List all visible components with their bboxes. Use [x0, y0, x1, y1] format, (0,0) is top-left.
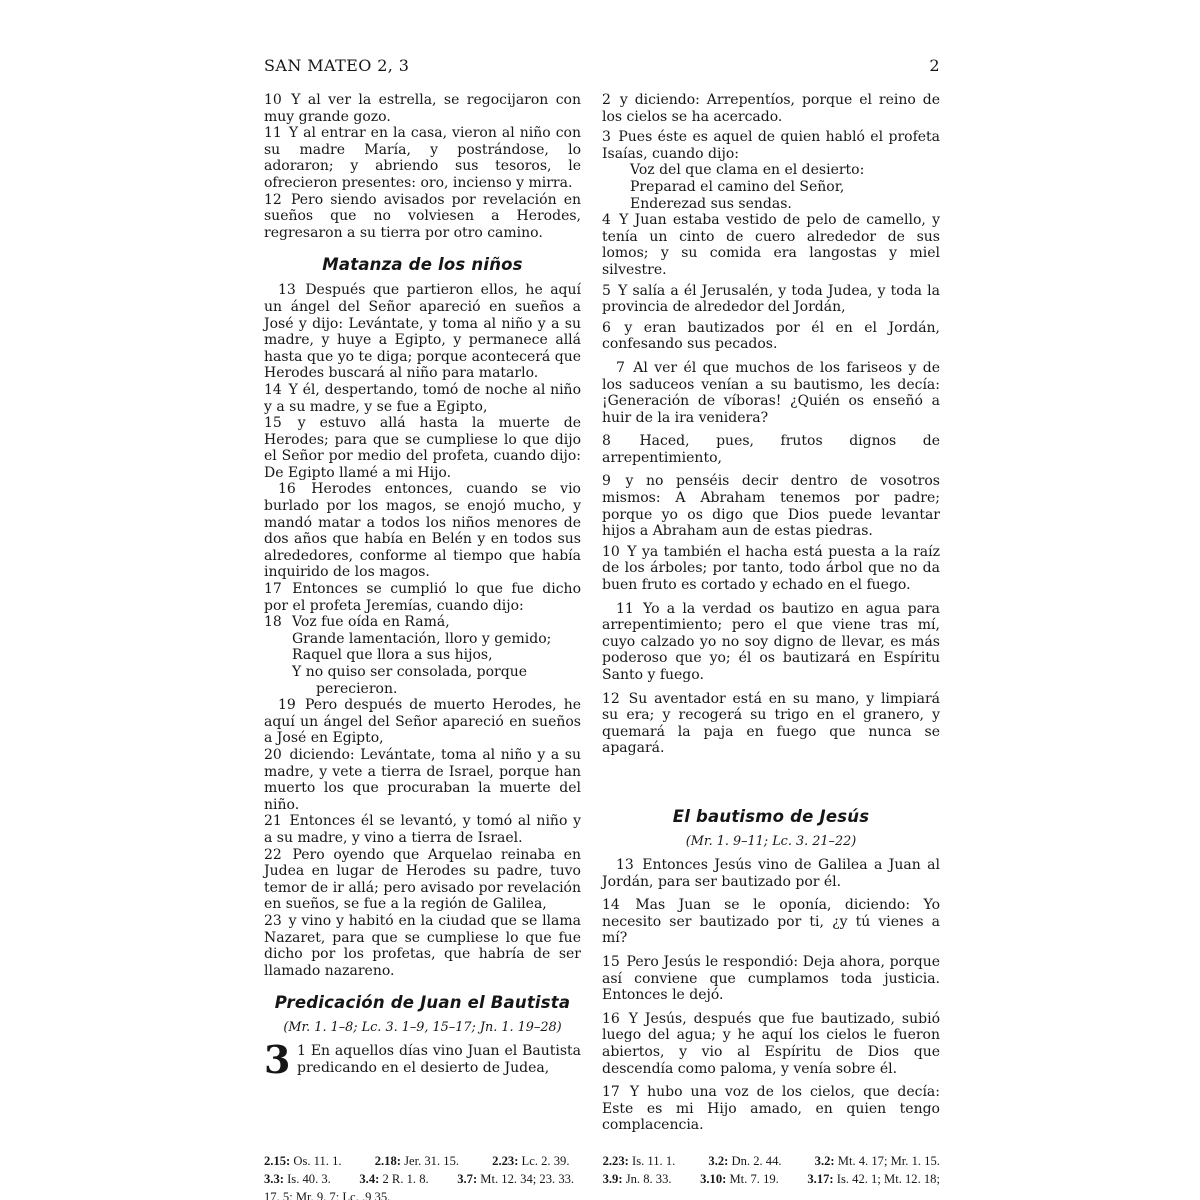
footnote-text: Os. 11. 1.	[293, 1154, 341, 1168]
footnote-reference: 3.2:	[815, 1154, 835, 1168]
verse-number: 15	[264, 415, 284, 431]
footnote-line: 3.3: Is. 40. 3.3.4: 2 R. 1. 8.3.7: Mt. 1…	[264, 1170, 940, 1188]
verse-number: 17	[602, 1084, 622, 1100]
verse-number: 14	[602, 897, 622, 913]
section-reference: (Mr. 1. 9–11; Lc. 3. 21–22)	[602, 834, 940, 849]
poetry-line: Preparad el camino del Señor,	[602, 179, 940, 196]
verse-text: Herodes entonces, cuando se vio burlado …	[264, 481, 581, 580]
verse-number: 6	[602, 320, 613, 336]
footnote-reference: 3.4:	[359, 1172, 379, 1186]
verse-paragraph: 6 y eran bautizados por él en el Jordán,…	[602, 320, 940, 353]
verse-text: Y hubo una voz de los cielos, que decía:…	[602, 1084, 940, 1133]
verse-text: Y salía a él Jerusalén, y toda Judea, y …	[602, 283, 940, 316]
verse-paragraph: 22 Pero oyendo que Arquelao reinaba en J…	[264, 847, 581, 913]
verse-paragraph: 20 diciendo: Levántate, toma al niño y a…	[264, 747, 581, 813]
verse-paragraph: 4 Y Juan estaba vestido de pelo de camel…	[602, 212, 940, 278]
verse-paragraph: 11 Yo a la verdad os bautizo en agua par…	[602, 601, 940, 684]
verse-paragraph: 7 Al ver él que muchos de los fariseos y…	[602, 360, 940, 426]
verse-paragraph: 10 Y al ver la estrella, se regocijaron …	[264, 92, 581, 125]
poetry-line-text: perecieron.	[316, 681, 397, 697]
poetry-line: Raquel que llora a sus hijos,	[264, 647, 581, 664]
verse-paragraph: 14 Mas Juan se le oponía, diciendo: Yo n…	[602, 897, 940, 947]
verse-paragraph: 10 Y ya también el hacha está puesta a l…	[602, 544, 940, 594]
poetry-line-text: Y no quiso ser consolada, porque	[292, 664, 527, 680]
verse-paragraph: 15 Pero Jesús le respondió: Deja ahora, …	[602, 954, 940, 1004]
verse-text: y eran bautizados por él en el Jordán, c…	[602, 320, 940, 353]
right-column: 2 y diciendo: Arrepentíos, porque el rei…	[602, 92, 940, 1134]
verse-text: Y al ver la estrella, se regocijaron con…	[264, 92, 581, 125]
verse-number: 9	[602, 473, 613, 489]
footnote-text: Mt. 7. 19.	[729, 1172, 778, 1186]
footnote-line: 2.15: Os. 11. 1.2.18: Jer. 31. 15.2.23: …	[264, 1152, 940, 1170]
verse-paragraph: 11 Y al entrar en la casa, vieron al niñ…	[264, 125, 581, 191]
poetry-line-text: Raquel que llora a sus hijos,	[292, 647, 493, 663]
section-reference: (Mr. 1. 1–8; Lc. 3. 1–9, 15–17; Jn. 1. 1…	[264, 1020, 581, 1035]
verse-text: Entonces se cumplió lo que fue dicho por…	[264, 581, 581, 614]
verse-text: Pero oyendo que Arquelao reinaba en Jude…	[264, 847, 581, 913]
verse-number: 10	[602, 544, 622, 560]
footnote-entry: 3.9: Jn. 8. 33.	[603, 1170, 672, 1188]
footnote-entry: 2.15: Os. 11. 1.	[264, 1152, 342, 1170]
verse-number: 2	[602, 92, 613, 108]
verse-paragraph: 15 y estuvo allá hasta la muerte de Hero…	[264, 415, 581, 481]
verse-number: 13	[278, 282, 298, 298]
footnote-text: Is. 42. 1; Mt. 12. 18;	[837, 1172, 940, 1186]
section-heading: Predicación de Juan el Bautista	[264, 993, 581, 1013]
section-heading: El bautismo de Jesús	[602, 807, 940, 827]
footnote-text: Mt. 12. 34; 23. 33.	[480, 1172, 574, 1186]
verse-number: 20	[264, 747, 284, 763]
verse-text: Mas Juan se le oponía, diciendo: Yo nece…	[602, 897, 940, 946]
poetry-line: perecieron.	[264, 681, 581, 698]
footnote-reference: 2.23:	[603, 1154, 629, 1168]
footnotes: 2.15: Os. 11. 1.2.18: Jer. 31. 15.2.23: …	[264, 1152, 940, 1200]
footnote-text: Is. 40. 3.	[287, 1172, 331, 1186]
footnote-entry: 2.23: Lc. 2. 39.	[492, 1152, 569, 1170]
footnote-entry: 3.10: Mt. 7. 19.	[700, 1170, 779, 1188]
bible-page: SAN MATEO 2, 3 2 10 Y al ver la estrella…	[0, 0, 1200, 1200]
verse-number: 23	[264, 913, 284, 929]
verse-paragraph: 17 Y hubo una voz de los cielos, que dec…	[602, 1084, 940, 1134]
verse-text: Entonces él se levantó, y tomó al niño y…	[264, 813, 581, 846]
footnote-entry: 3.2: Dn. 2. 44.	[708, 1152, 781, 1170]
verse-paragraph: 12 Pero siendo avisados por revelación e…	[264, 192, 581, 242]
poetry-block: Voz del que clama en el desierto:Prepara…	[602, 162, 940, 212]
verse-text: Entonces Jesús vino de Galilea a Juan al…	[602, 857, 940, 890]
poetry-line-text: Voz fue oída en Ramá,	[292, 614, 450, 630]
verse-number: 16	[602, 1011, 622, 1027]
footnote-entry: 3.17: Is. 42. 1; Mt. 12. 18;	[807, 1170, 940, 1188]
poetry-line-text: Voz del que clama en el desierto:	[630, 162, 864, 178]
footnote-reference: 2.18:	[375, 1154, 401, 1168]
footnote-entry: 17. 5; Mr. 9. 7; Lc. .9 35.	[264, 1190, 390, 1200]
verse-text: Haced, pues, frutos dignos de arrepentim…	[602, 433, 940, 466]
footnote-text: 2 R. 1. 8.	[382, 1172, 428, 1186]
footnote-entry: 2.18: Jer. 31. 15.	[375, 1152, 459, 1170]
verse-text: Pero Jesús le respondió: Deja ahora, por…	[602, 954, 940, 1003]
verse-paragraph: 8 Haced, pues, frutos dignos de arrepent…	[602, 433, 940, 466]
poetry-line-text: Preparad el camino del Señor,	[630, 179, 844, 195]
left-column: 10 Y al ver la estrella, se regocijaron …	[264, 92, 581, 1134]
verse-text: Yo a la verdad os bautizo en agua para a…	[602, 601, 940, 683]
verse-paragraph: 12 Su aventador está en su mano, y limpi…	[602, 691, 940, 757]
verse-number: 10	[264, 92, 284, 108]
verse-text: y no penséis decir dentro de vosotros mi…	[602, 473, 940, 539]
verse-text: y estuvo allá hasta la muerte de Herodes…	[264, 415, 581, 481]
verse-paragraph: 19 Pero después de muerto Herodes, he aq…	[264, 697, 581, 747]
poetry-line: Enderezad sus sendas.	[602, 196, 940, 213]
poetry-line-text: Grande lamentación, lloro y gemido;	[292, 631, 551, 647]
verse-text: Pero después de muerto Herodes, he aquí …	[264, 697, 581, 746]
footnote-entry: 3.3: Is. 40. 3.	[264, 1170, 331, 1188]
verse-number: 11	[616, 601, 636, 617]
page-number: 2	[929, 56, 940, 76]
verse-number: 14	[264, 382, 284, 398]
verse-paragraph: 17 Entonces se cumplió lo que fue dicho …	[264, 581, 581, 614]
footnote-reference: 2.15:	[264, 1154, 290, 1168]
page-header: SAN MATEO 2, 3 2	[264, 56, 940, 76]
footnote-text: Dn. 2. 44.	[732, 1154, 782, 1168]
footnote-reference: 3.17:	[807, 1172, 833, 1186]
verse-text: En aquellos días vino Juan el Bautista p…	[297, 1043, 581, 1076]
footnote-line: 17. 5; Mr. 9. 7; Lc. .9 35.	[264, 1188, 940, 1200]
poetry-line: 18Voz fue oída en Ramá,	[264, 614, 581, 631]
verse-paragraph: 16 Y Jesús, después que fue bautizado, s…	[602, 1011, 940, 1077]
verse-text: Al ver él que muchos de los fariseos y d…	[602, 360, 940, 426]
footnote-reference: 3.3:	[264, 1172, 284, 1186]
footnote-entry: 3.7: Mt. 12. 34; 23. 33.	[457, 1170, 574, 1188]
verse-text: Pero siendo avisados por revelación en s…	[264, 192, 581, 241]
verse-text: Y Juan estaba vestido de pelo de camello…	[602, 212, 940, 278]
verse-number: 19	[278, 697, 298, 713]
verse-paragraph: 14 Y él, despertando, tomó de noche al n…	[264, 382, 581, 415]
verse-text: y vino y habitó en la ciudad que se llam…	[264, 913, 581, 979]
verse-number: 12	[602, 691, 622, 707]
footnote-reference: 3.2:	[708, 1154, 728, 1168]
poetry-line-text: Enderezad sus sendas.	[630, 196, 792, 212]
footnote-text: Mt. 4. 17; Mr. 1. 15.	[838, 1154, 940, 1168]
verse-number: 11	[264, 125, 284, 141]
verse-paragraph: 13 Entonces Jesús vino de Galilea a Juan…	[602, 857, 940, 890]
chapter-number-drop-cap: 3	[264, 1045, 292, 1075]
verse-text: Su aventador está en su mano, y limpiará…	[602, 691, 940, 757]
running-head: SAN MATEO 2, 3	[264, 56, 409, 76]
footnote-text: 17. 5; Mr. 9. 7; Lc. .9 35.	[264, 1190, 390, 1200]
verse-number: 18	[264, 614, 282, 631]
verse-text: diciendo: Levántate, toma al niño y a su…	[264, 747, 581, 813]
verse-number: 17	[264, 581, 284, 597]
verse-text: Y Jesús, después que fue bautizado, subi…	[602, 1011, 940, 1077]
verse-paragraph: 9 y no penséis decir dentro de vosotros …	[602, 473, 940, 539]
verse-paragraph: 5 Y salía a él Jerusalén, y toda Judea, …	[602, 283, 940, 316]
verse-paragraph: 2 y diciendo: Arrepentíos, porque el rei…	[602, 92, 940, 125]
footnote-reference: 3.10:	[700, 1172, 726, 1186]
verse-number: 13	[616, 857, 636, 873]
verse-text: Después que partieron ellos, he aquí un …	[264, 282, 581, 381]
footnote-text: Jer. 31. 15.	[404, 1154, 459, 1168]
text-columns: 10 Y al ver la estrella, se regocijaron …	[264, 92, 940, 1134]
verse-paragraph: 21 Entonces él se levantó, y tomó al niñ…	[264, 813, 581, 846]
poetry-line: Grande lamentación, lloro y gemido;	[264, 631, 581, 648]
footnote-reference: 3.9:	[603, 1172, 623, 1186]
verse-number: 12	[264, 192, 284, 208]
verse-text: Y ya también el hacha está puesta a la r…	[602, 544, 940, 593]
verse-number: 15	[602, 954, 622, 970]
footnote-reference: 3.7:	[457, 1172, 477, 1186]
verse-paragraph: 23 y vino y habitó en la ciudad que se l…	[264, 913, 581, 979]
poetry-line: Y no quiso ser consolada, porque	[264, 664, 581, 681]
verse-number: 5	[602, 283, 613, 299]
footnote-text: Lc. 2. 39.	[522, 1154, 570, 1168]
verse-paragraph: 16 Herodes entonces, cuando se vio burla…	[264, 481, 581, 581]
footnote-text: Jn. 8. 33.	[626, 1172, 672, 1186]
verse-text: y diciendo: Arrepentíos, porque el reino…	[602, 92, 940, 125]
footnote-entry: 3.4: 2 R. 1. 8.	[359, 1170, 428, 1188]
poetry-line: Voz del que clama en el desierto:	[602, 162, 940, 179]
verse-text: Y al entrar en la casa, vieron al niño c…	[264, 125, 581, 191]
verse-number: 16	[278, 481, 298, 497]
verse-number: 4	[602, 212, 613, 228]
footnote-entry: 3.2: Mt. 4. 17; Mr. 1. 15.	[815, 1152, 940, 1170]
section-heading: Matanza de los niños	[264, 255, 581, 275]
verse-number: 7	[616, 360, 627, 376]
footnote-reference: 2.23:	[492, 1154, 518, 1168]
verse-number: 22	[264, 847, 284, 863]
verse-number: 3	[602, 129, 613, 145]
verse-paragraph: 13 Después que partieron ellos, he aquí …	[264, 282, 581, 382]
verse-number: 1	[297, 1043, 306, 1059]
verse-paragraph: 3 Pues éste es aquel de quien habló el p…	[602, 129, 940, 162]
footnote-text: Is. 11. 1.	[632, 1154, 675, 1168]
verse-text: Y él, despertando, tomó de noche al niño…	[264, 382, 581, 415]
verse-number: 8	[602, 433, 613, 449]
footnote-entry: 2.23: Is. 11. 1.	[603, 1152, 676, 1170]
chapter-opening-paragraph: 31 En aquellos días vino Juan el Bautist…	[264, 1043, 581, 1076]
verse-text: Pues éste es aquel de quien habló el pro…	[602, 129, 940, 162]
poetry-block: 18Voz fue oída en Ramá,Grande lamentació…	[264, 614, 581, 697]
verse-number: 21	[264, 813, 284, 829]
